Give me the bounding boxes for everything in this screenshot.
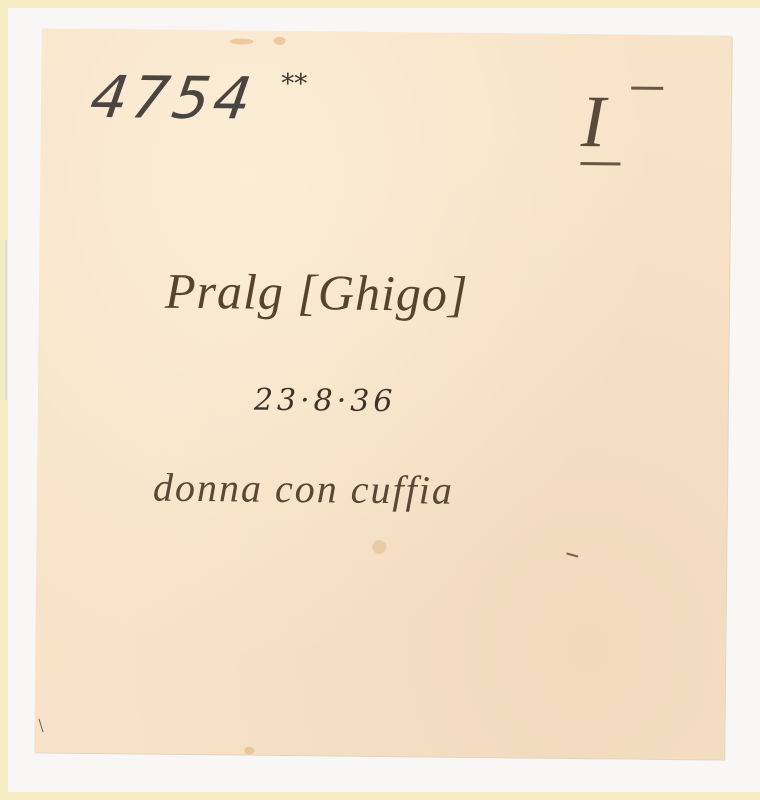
paper-stain — [372, 540, 386, 554]
bottom-edge-strip — [0, 792, 760, 800]
left-edge-strip — [0, 0, 8, 800]
catalog-number: 4754 — [86, 63, 260, 133]
roman-numeral-serif — [631, 87, 663, 90]
stray-ink-mark — [566, 552, 578, 557]
paper-stain — [244, 747, 254, 755]
volume-numeral: I — [580, 80, 607, 165]
paper-stain — [274, 37, 286, 45]
date: 23·8·36 — [254, 383, 397, 419]
index-card: 4754 ** I Pralg [Ghigo] 23·8·36 donna co… — [34, 28, 732, 759]
corner-pencil-mark — [38, 719, 43, 733]
catalog-star-marks: ** — [281, 69, 307, 99]
description: donna con cuffia — [153, 464, 454, 514]
mount-shadow — [5, 240, 7, 400]
paper-stain — [230, 38, 254, 44]
roman-numeral-underline — [580, 162, 620, 165]
top-edge-strip — [0, 0, 760, 8]
artist-name: Pralg [Ghigo] — [165, 262, 469, 323]
